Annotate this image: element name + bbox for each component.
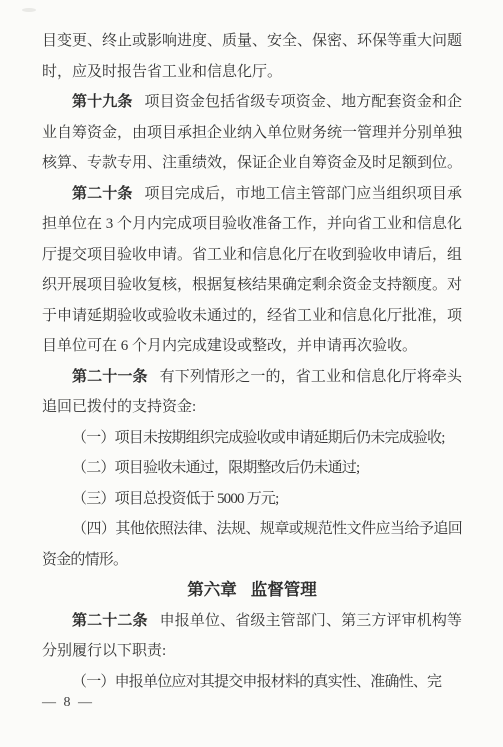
article-19-label: 第十九条 [72,93,133,110]
document-page: 目变更、终止或影响进度、质量、安全、保密、环保等重大问题时，应及时报告省工业和信… [0,0,503,747]
article-20-paragraph: 第二十条项目完成后，市地工信主管部门应当组织项目承担单位在 3 个月内完成项目验… [42,179,462,362]
document-body: 目变更、终止或影响进度、质量、安全、保密、环保等重大问题时，应及时报告省工业和信… [42,26,462,697]
scan-smudge [22,8,36,12]
clawback-item-1: （一）项目未按期组织完成验收或申请延期后仍未完成验收; [42,423,462,454]
clawback-item-4: （四）其他依照法律、法规、规章或规范性文件应当给予追回资金的情形。 [42,514,462,575]
clawback-item-3: （三）项目总投资低于 5000 万元; [42,484,462,515]
article-20-label: 第二十条 [72,185,133,202]
article-22-label: 第二十二条 [72,612,148,629]
duty-item-1-truncated: （一）申报单位应对其提交申报材料的真实性、准确性、完 [42,667,462,698]
article-22-paragraph: 第二十二条申报单位、省级主管部门、第三方评审机构等分别履行以下职责: [42,606,462,667]
article-19-paragraph: 第十九条项目资金包括省级专项资金、地方配套资金和企业自筹资金，由项目承担企业纳入… [42,87,462,179]
article-20-text: 项目完成后，市地工信主管部门应当组织项目承担单位在 3 个月内完成项目验收准备工… [42,186,462,355]
clawback-item-2: （二）项目验收未通过，限期整改后仍未通过; [42,453,462,484]
paragraph-continuation: 目变更、终止或影响进度、质量、安全、保密、环保等重大问题时，应及时报告省工业和信… [42,26,462,87]
chapter-6-number: 第六章 [187,581,237,599]
article-21-label: 第二十一条 [72,368,148,385]
article-21-paragraph: 第二十一条有下列情形之一的，省工业和信息化厅将牵头追回已拨付的支持资金: [42,362,462,423]
page-number: — 8 — [42,695,94,710]
chapter-6-heading: 第六章监督管理 [42,575,462,606]
page-footer: — 8 — [42,694,94,712]
chapter-6-title: 监督管理 [251,581,317,599]
